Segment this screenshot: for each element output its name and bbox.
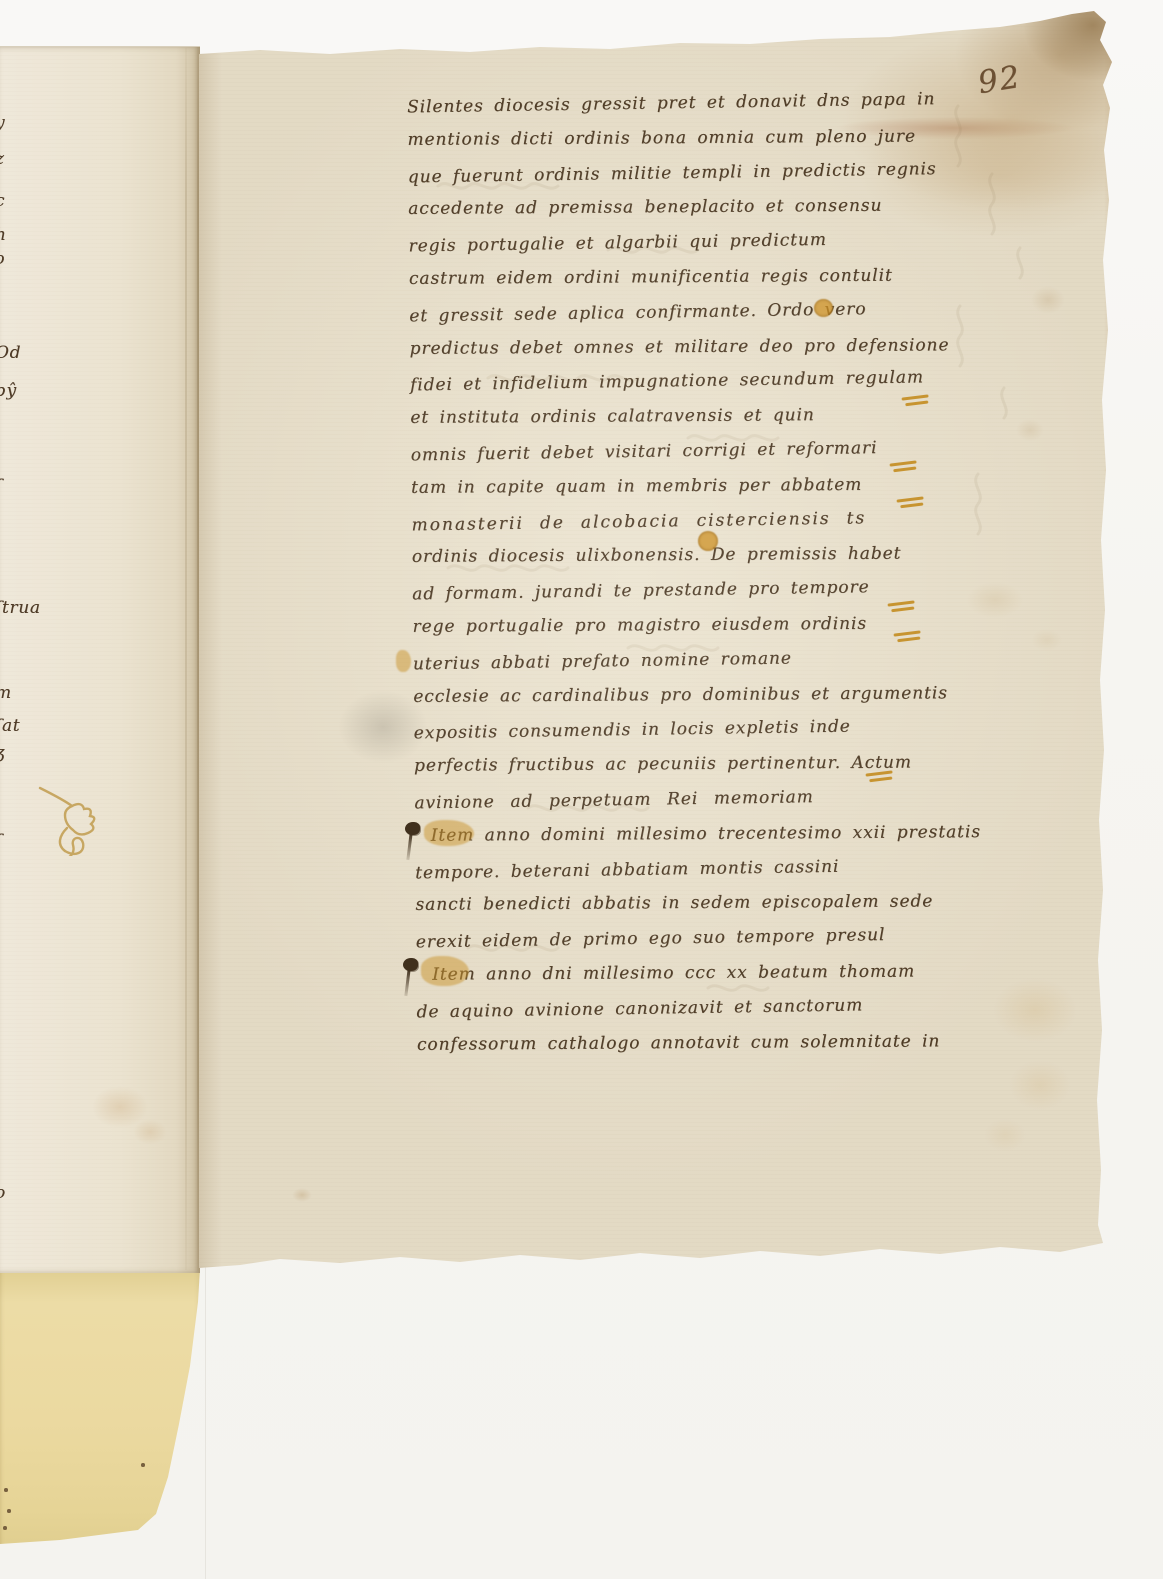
manuscript-line: confessorum cathalogo annotavit cum sole…: [417, 1024, 977, 1063]
manuscript-line: et gressit sede aplica confirmante. Ordo…: [409, 290, 969, 334]
manuscript-line: de aquino avinione canonizavit et sancto…: [416, 986, 976, 1030]
gutter-text-fragment: m: [0, 683, 12, 703]
backing-edge-line: [205, 1266, 206, 1579]
gutter-text-fragment: ſ: [0, 831, 2, 851]
manuscript-page: 92 Silentes diocesis gressit pret et don…: [188, 6, 1116, 1278]
gutter-text-fragment: y: [0, 113, 5, 133]
manuscript-line: castrum eidem ordini munificentia regis …: [409, 258, 969, 297]
manuscript-line: Item anno domini millesimo trecentesimo …: [415, 815, 975, 854]
gutter-text-fragment: ſat: [0, 716, 20, 736]
manuscript-line: tam in capite quam in membris per abbate…: [411, 467, 971, 506]
gutter-text-fragment: c: [0, 191, 5, 211]
manuscript-line: avinione ad perpetuam Rei memoriam: [414, 778, 974, 822]
gutter-text-fragment: ɔ: [0, 249, 5, 269]
gutter-crease: [185, 48, 187, 1270]
gutter-text-fragment: h: [0, 225, 7, 245]
gutter-text-fragment: ʒ: [0, 743, 5, 763]
gutter-text-fragment: ſtrua: [0, 598, 41, 618]
manuscript-line: omnis fuerit debet visitari corrigi et r…: [410, 430, 970, 474]
manuscript-line: rege portugalie pro magistro eiusdem ord…: [412, 606, 972, 645]
gutter-text-fragment: o: [0, 1183, 6, 1203]
gutter-text-fragment: bŷ: [0, 381, 17, 401]
manuscript-text-block: Silentes diocesis gressit pret et donavi…: [407, 83, 977, 1063]
gutter-crease: [197, 47, 199, 1271]
gutter-text-fragment: Od: [0, 343, 21, 363]
manuscript-photo: yzchɔOdbŷſſtruamſatʒſo: [0, 0, 1163, 1579]
facing-page-edge: yzchɔOdbŷſſtruamſatʒſo: [0, 46, 200, 1273]
gutter-text-fragment: z: [0, 149, 5, 169]
manicule-icon: [36, 746, 108, 856]
folio-number: 92: [975, 59, 1024, 101]
yellow-insert-sheet: [0, 1262, 204, 1554]
manuscript-line: uterius abbati prefato nomine romane: [413, 638, 973, 682]
manuscript-line: Silentes diocesis gressit pret et donavi…: [407, 82, 967, 126]
manuscript-line: Item anno dni millesimo ccc xx beatum th…: [416, 954, 976, 993]
gutter-text-fragment: ſ: [0, 476, 2, 496]
manuscript-line: mentionis dicti ordinis bona omnia cum p…: [407, 119, 967, 158]
